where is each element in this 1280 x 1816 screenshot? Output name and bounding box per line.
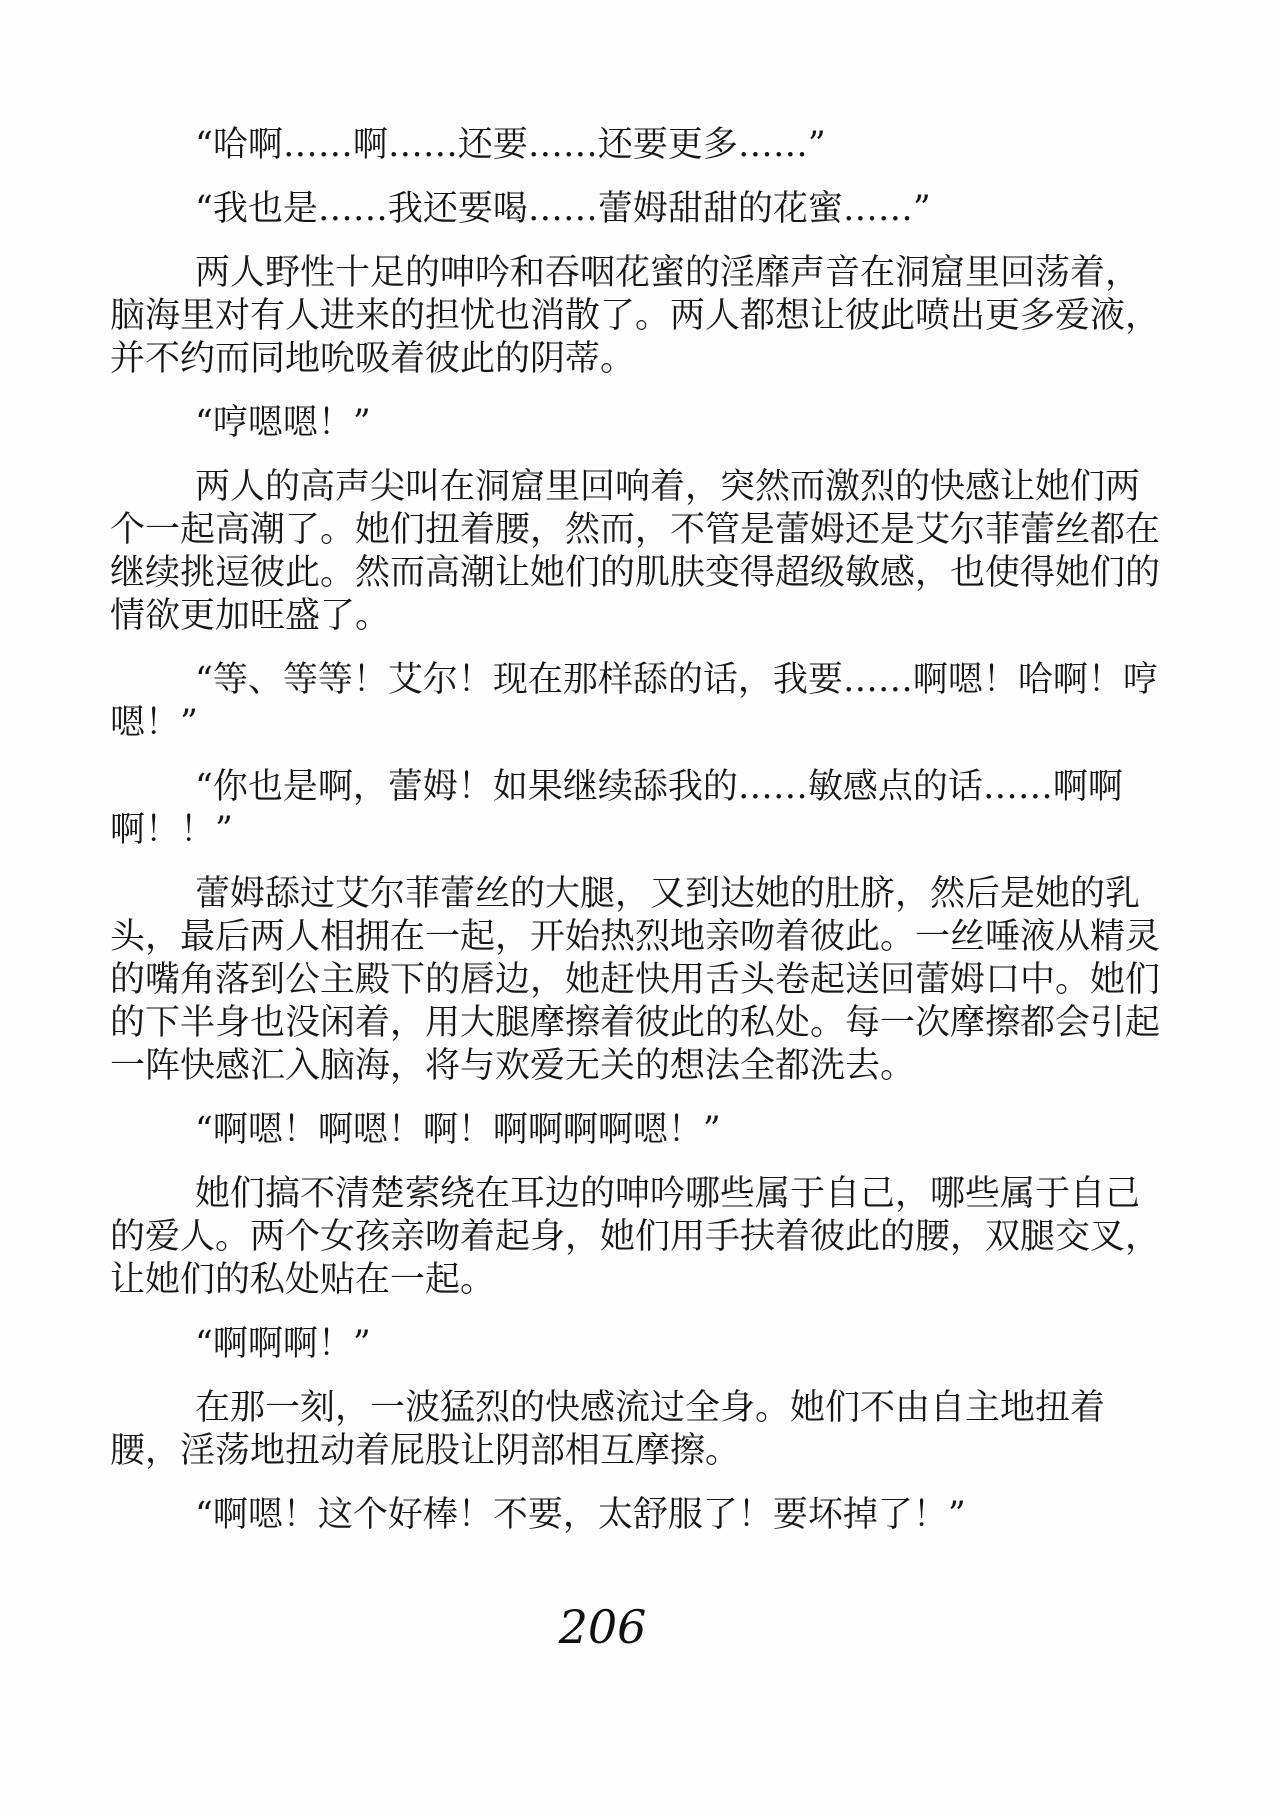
paragraph: 在那一刻，一波猛烈的快感流过全身。她们不由自主地扭着腰，淫荡地扭动着屁股让阴部相… [110,1387,1165,1473]
paragraph: “哈啊……啊……还要……还要更多……” [110,124,1165,167]
page-text: “哈啊……啊……还要……还要更多……” “我也是……我还要喝……蕾姆甜甜的花蜜…… [110,124,1165,1537]
paragraph: “啊嗯！啊嗯！啊！啊啊啊啊嗯！” [110,1109,1165,1152]
paragraph: “你也是啊，蕾姆！如果继续舔我的……敏感点的话……啊啊啊！！” [110,766,1165,852]
paragraph: 两人的高声尖叫在洞窟里回响着，突然而激烈的快感让她们两个一起高潮了。她们扭着腰，… [110,466,1165,638]
paragraph: 她们搞不清楚萦绕在耳边的呻吟哪些属于自己，哪些属于自己的爱人。两个女孩亲吻着起身… [110,1173,1165,1302]
paragraph: “啊嗯！这个好棒！不要，太舒服了！要坏掉了！” [110,1494,1165,1537]
paragraph: “等、等等！艾尔！现在那样舔的话，我要……啊嗯！哈啊！哼嗯！” [110,659,1165,745]
page-number: 206 [110,1601,1095,1653]
paragraph: “啊啊啊！” [110,1323,1165,1366]
book-page: “哈啊……啊……还要……还要更多……” “我也是……我还要喝……蕾姆甜甜的花蜜…… [0,0,1280,1816]
paragraph: 蕾姆舔过艾尔菲蕾丝的大腿，又到达她的肚脐，然后是她的乳头，最后两人相拥在一起，开… [110,873,1165,1088]
paragraph: “我也是……我还要喝……蕾姆甜甜的花蜜……” [110,188,1165,231]
paragraph: “哼嗯嗯！” [110,402,1165,445]
paragraph: 两人野性十足的呻吟和吞咽花蜜的淫靡声音在洞窟里回荡着，脑海里对有人进来的担忧也消… [110,252,1165,381]
